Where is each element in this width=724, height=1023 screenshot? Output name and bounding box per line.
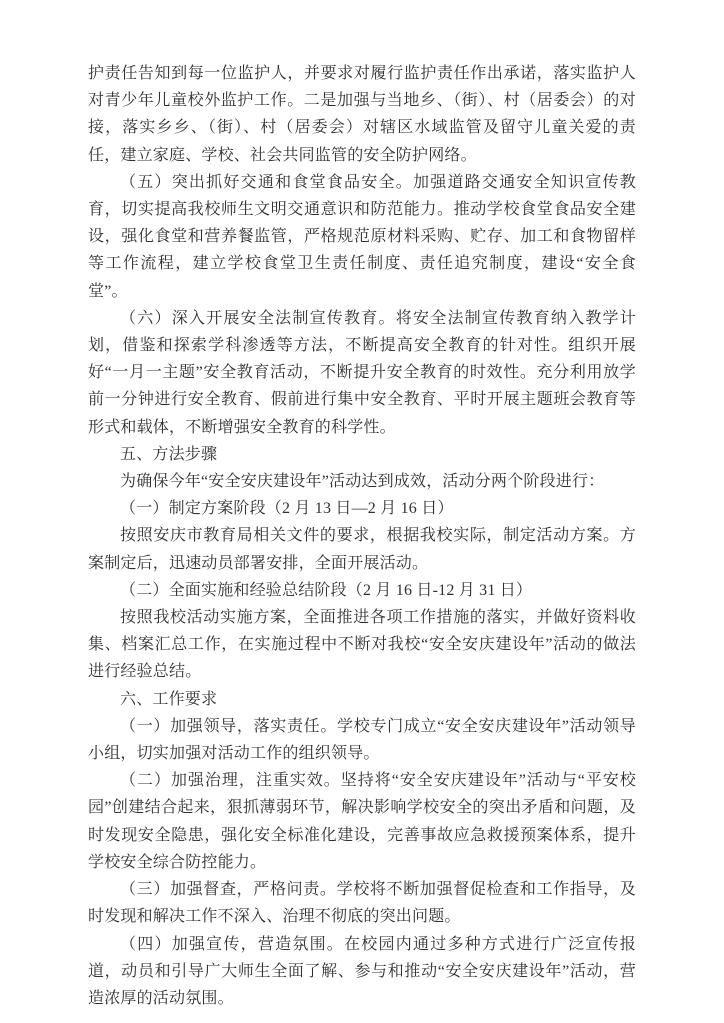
section-heading-requirements: 六、工作要求	[88, 686, 636, 713]
paragraph-continuation: 护责任告知到每一位监护人，并要求对履行监护责任作出承诺，落实监护人对青少年儿童校…	[88, 60, 636, 169]
paragraph-phase-1-title: （一）制定方案阶段（2 月 13 日—2 月 16 日）	[88, 495, 636, 522]
paragraph-item-5: （五）突出抓好交通和食堂食品安全。加强道路交通安全知识宣传教育，切实提高我校师生…	[88, 169, 636, 305]
paragraph-requirement-3: （三）加强督查，严格问责。学校将不断加强督促检查和工作指导，及时发现和解决工作不…	[88, 876, 636, 930]
paragraph-phase-2-body: 按照我校活动实施方案，全面推进各项工作措施的落实，并做好资料收集、档案汇总工作，…	[88, 604, 636, 686]
document-page: 护责任告知到每一位监护人，并要求对履行监护责任作出承诺，落实监护人对青少年儿童校…	[0, 0, 724, 1023]
paragraph-requirement-2: （二）加强治理，注重实效。坚持将“安全安庆建设年”活动与“平安校园”创建结合起来…	[88, 767, 636, 876]
paragraph-requirement-1: （一）加强领导，落实责任。学校专门成立“安全安庆建设年”活动领导小组，切实加强对…	[88, 713, 636, 767]
document-body: 护责任告知到每一位监护人，并要求对履行监护责任作出承诺，落实监护人对青少年儿童校…	[88, 60, 636, 1012]
section-heading-methods: 五、方法步骤	[88, 441, 636, 468]
paragraph-item-6: （六）深入开展安全法制宣传教育。将安全法制宣传教育纳入教学计划，借鉴和探索学科渗…	[88, 305, 636, 441]
paragraph-phase-1-body: 按照安庆市教育局相关文件的要求，根据我校实际，制定活动方案。方案制定后，迅速动员…	[88, 522, 636, 576]
paragraph-methods-intro: 为确保今年“安全安庆建设年”活动达到成效，活动分两个阶段进行：	[88, 468, 636, 495]
paragraph-requirement-4: （四）加强宣传，营造氛围。在校园内通过多种方式进行广泛宣传报道，动员和引导广大师…	[88, 931, 636, 1013]
paragraph-phase-2-title: （二）全面实施和经验总结阶段（2 月 16 日-12 月 31 日）	[88, 577, 636, 604]
